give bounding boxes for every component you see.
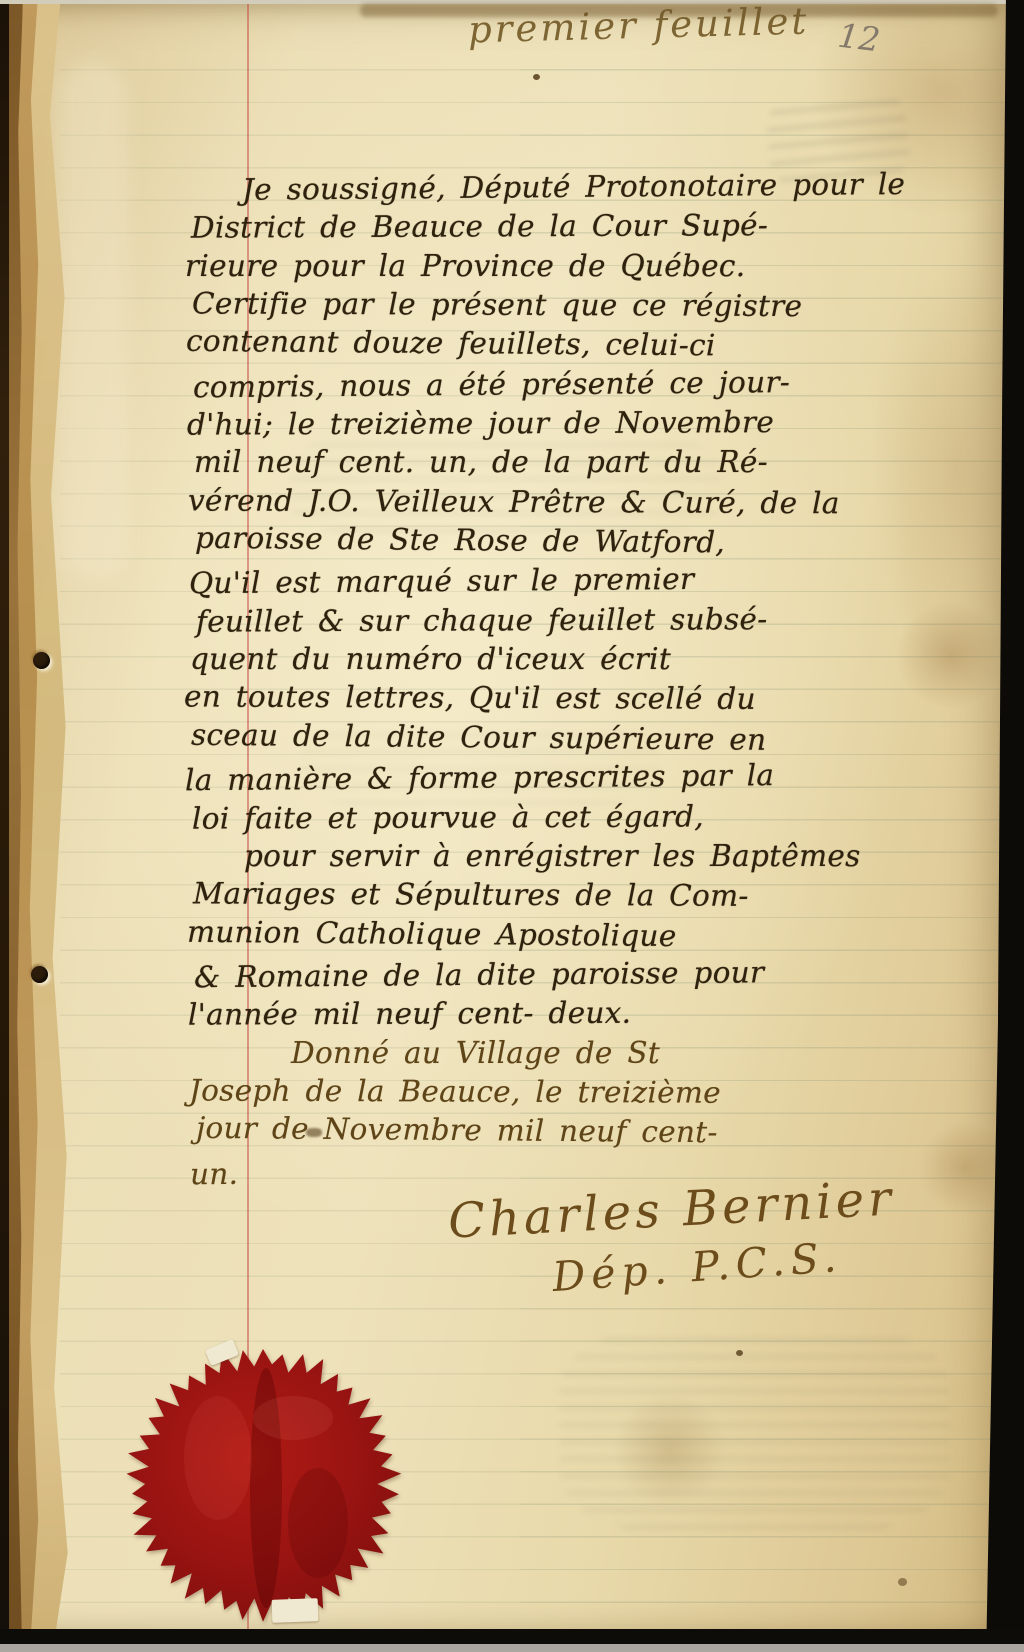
ink-speck	[898, 1578, 907, 1586]
manuscript-line: sceau de la dite Cour supérieure en	[191, 718, 939, 764]
manuscript-line: & Romaine de la dite paroisse pour	[194, 954, 942, 1000]
ink-speck	[736, 1350, 743, 1356]
manuscript-line: munion Catholique Apostolique	[187, 914, 935, 960]
binding-edge	[0, 0, 9, 1652]
manuscript-line: vérend J.O. Veilleux Prêtre & Curé, de l…	[188, 483, 936, 526]
manuscript-line: pour servir à enrégistrer les Baptêmes	[186, 839, 934, 878]
manuscript-line: mil neuf cent. un, de la part du Ré-	[194, 445, 942, 484]
scanned-register-page: premier feuillet 12 Je soussigné, Député…	[0, 0, 1024, 1652]
manuscript-line: Mariages et Sépultures de la Com-	[193, 877, 941, 920]
manuscript-body: Je soussigné, Député Protonotaire pour l…	[190, 170, 938, 1193]
ink-speck	[533, 74, 540, 80]
manuscript-line: Joseph de la Beauce, le treizième	[189, 1073, 937, 1116]
manuscript-line: Qu'il est marqué sur le premier	[189, 560, 937, 606]
wax-seal	[118, 1338, 408, 1628]
page-number-pencil: 12	[836, 16, 882, 60]
manuscript-line: Certifie par le présent que ce régistre	[192, 286, 940, 329]
punch-hole	[31, 966, 48, 983]
manuscript-line: la manière & forme prescrites par la	[185, 757, 933, 803]
scan-background-bottom	[0, 1629, 1024, 1644]
manuscript-line: jour de Novembre mil neuf cent-	[196, 1111, 944, 1157]
manuscript-line: en toutes lettres, Qu'il est scellé du	[184, 680, 932, 723]
manuscript-line: rieure pour la Province de Québec.	[185, 249, 933, 288]
manuscript-line: l'année mil neuf cent- deux.	[188, 995, 936, 1038]
manuscript-line: Donné au Village de St	[195, 1036, 943, 1075]
water-stain-band	[58, 60, 128, 580]
scan-table-edge	[0, 1644, 1024, 1652]
sheet-edge-shadow	[360, 4, 998, 17]
manuscript-line: Je soussigné, Député Protonotaire pour l…	[184, 167, 932, 213]
manuscript-line: quent du numéro d'iceux écrit	[190, 642, 938, 681]
punch-hole	[33, 652, 50, 669]
manuscript-line: compris, nous a été présenté ce jour-	[193, 363, 941, 409]
manuscript-line: feuillet & sur chaque feuillet subsé-	[196, 601, 944, 644]
manuscript-line: contenant douze feuillets, celui-ci	[186, 324, 934, 370]
manuscript-line: d'hui; le treizième jour de Novembre	[187, 404, 935, 447]
paper-tab	[272, 1598, 319, 1623]
manuscript-line: District de Beauce de la Cour Supé-	[191, 208, 939, 251]
manuscript-line: loi faite et pourvue à cet égard,	[192, 798, 940, 841]
